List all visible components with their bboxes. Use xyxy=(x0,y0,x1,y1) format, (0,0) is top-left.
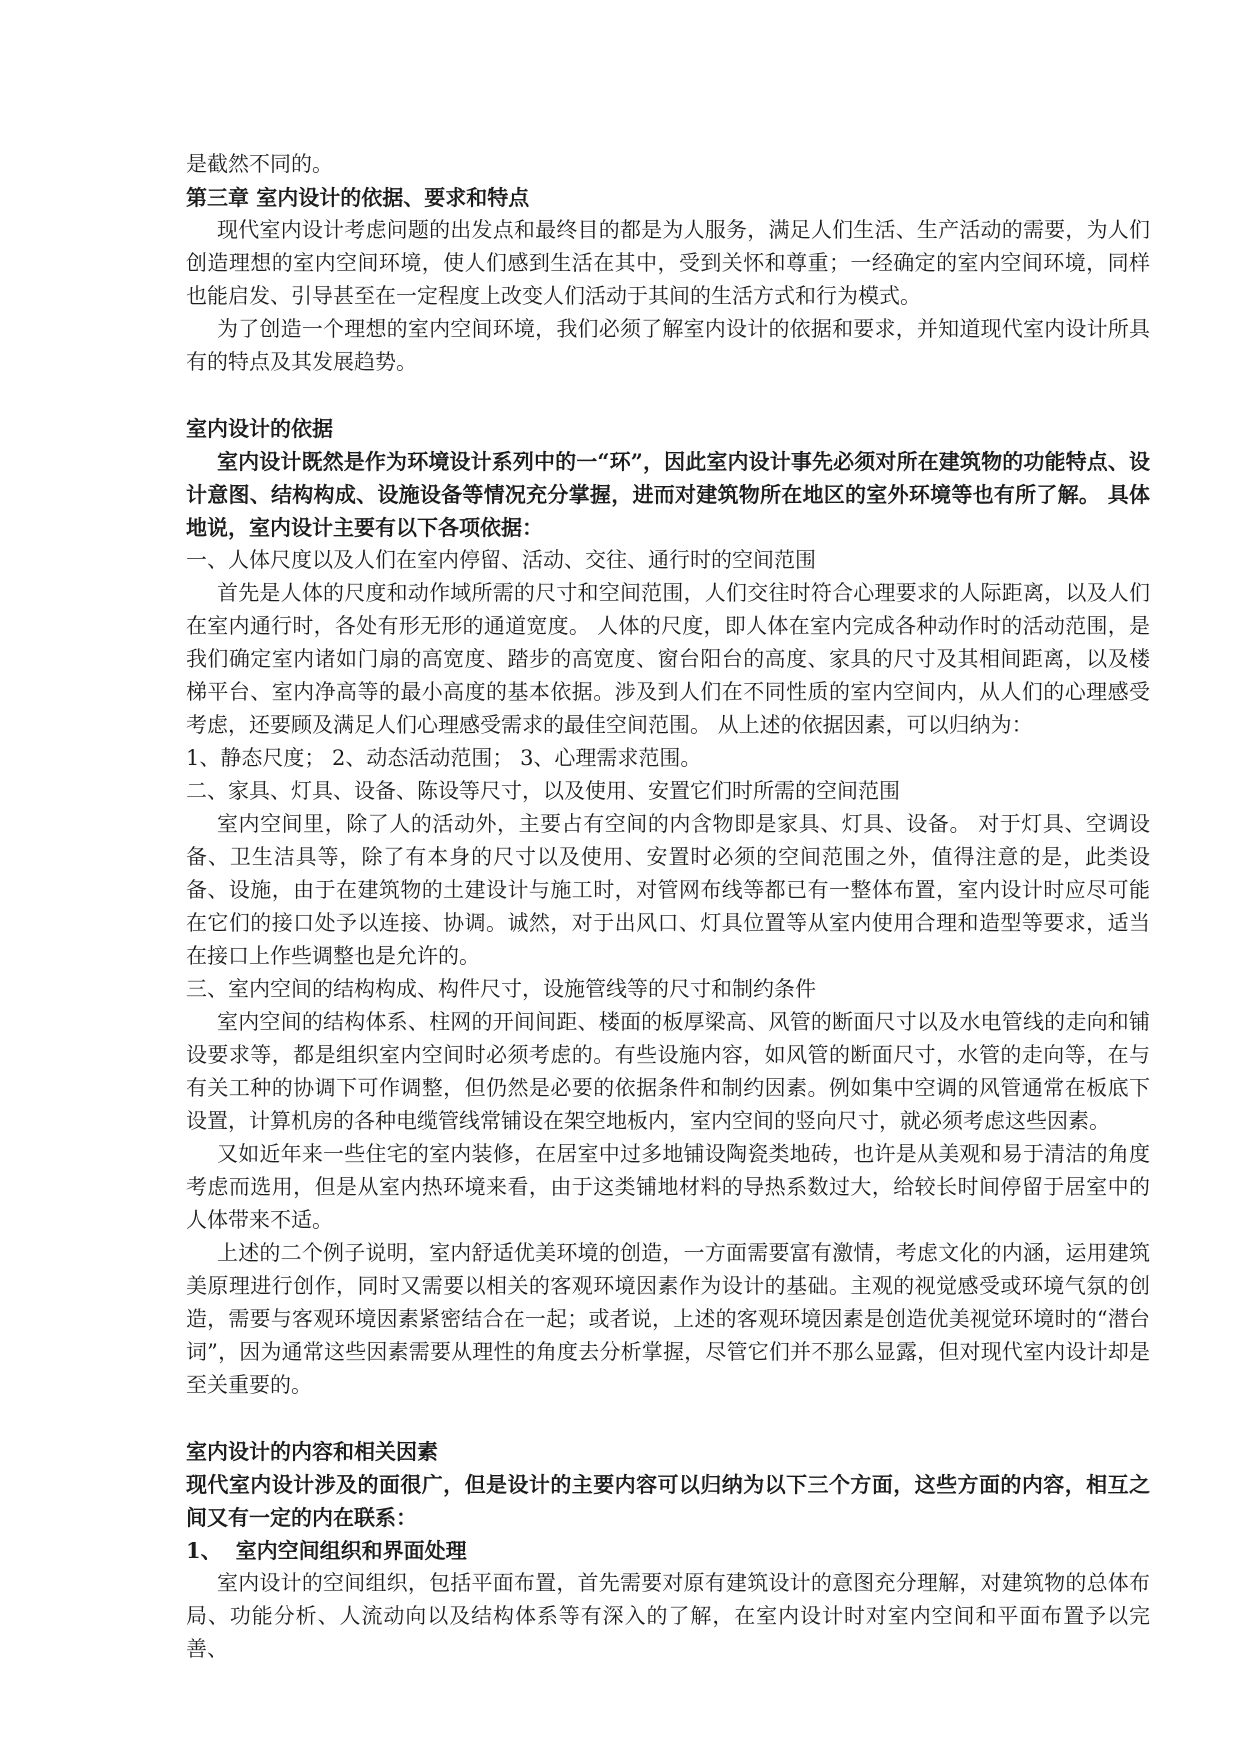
list-item-heading: 一、人体尺度以及人们在室内停留、活动、交往、通行时的空间范围 xyxy=(186,544,1150,577)
numbered-heading-number: 1、 xyxy=(186,1538,222,1563)
blank-line xyxy=(186,379,1150,412)
document-page: 是截然不同的。 第三章 室内设计的依据、要求和特点 现代室内设计考虑问题的出发点… xyxy=(0,0,1241,1754)
list-item-heading: 二、家具、灯具、设备、陈设等尺寸，以及使用、安置它们时所需的空间范围 xyxy=(186,775,1150,808)
paragraph: 现代室内设计考虑问题的出发点和最终目的都是为人服务，满足人们生活、生产活动的需要… xyxy=(186,214,1150,313)
paragraph-bold: 室内设计既然是作为环境设计系列中的一“环”，因此室内设计事先必须对所在建筑物的功… xyxy=(186,445,1150,544)
blank-line xyxy=(186,1402,1150,1435)
section-heading: 室内设计的依据 xyxy=(186,412,1150,445)
paragraph: 室内设计的空间组织，包括平面布置，首先需要对原有建筑设计的意图充分理解，对建筑物… xyxy=(186,1567,1150,1666)
paragraph: 又如近年来一些住宅的室内装修，在居室中过多地铺设陶瓷类地砖，也许是从美观和易于清… xyxy=(186,1138,1150,1237)
enumeration-line: 1、静态尺度； 2、动态活动范围； 3、心理需求范围。 xyxy=(186,742,1150,775)
paragraph: 为了创造一个理想的室内空间环境，我们必须了解室内设计的依据和要求，并知道现代室内… xyxy=(186,313,1150,379)
numbered-heading: 1、室内空间组织和界面处理 xyxy=(186,1534,1150,1567)
chapter-heading: 第三章 室内设计的依据、要求和特点 xyxy=(186,181,1150,214)
numbered-heading-title: 室内空间组织和界面处理 xyxy=(236,1538,467,1563)
section-heading: 室内设计的内容和相关因素 xyxy=(186,1435,1150,1468)
list-item-heading: 三、室内空间的结构构成、构件尺寸，设施管线等的尺寸和制约条件 xyxy=(186,973,1150,1006)
paragraph-bold: 现代室内设计涉及的面很广，但是设计的主要内容可以归纳为以下三个方面，这些方面的内… xyxy=(186,1468,1150,1534)
paragraph-continuation: 是截然不同的。 xyxy=(186,148,1150,181)
paragraph: 首先是人体的尺度和动作域所需的尺寸和空间范围，人们交往时符合心理要求的人际距离，… xyxy=(186,577,1150,742)
paragraph: 室内空间的结构体系、柱网的开间间距、楼面的板厚梁高、风管的断面尺寸以及水电管线的… xyxy=(186,1006,1150,1138)
paragraph: 室内空间里，除了人的活动外，主要占有空间的内含物即是家具、灯具、设备。 对于灯具… xyxy=(186,808,1150,973)
paragraph: 上述的二个例子说明，室内舒适优美环境的创造，一方面需要富有激情，考虑文化的内涵，… xyxy=(186,1237,1150,1402)
